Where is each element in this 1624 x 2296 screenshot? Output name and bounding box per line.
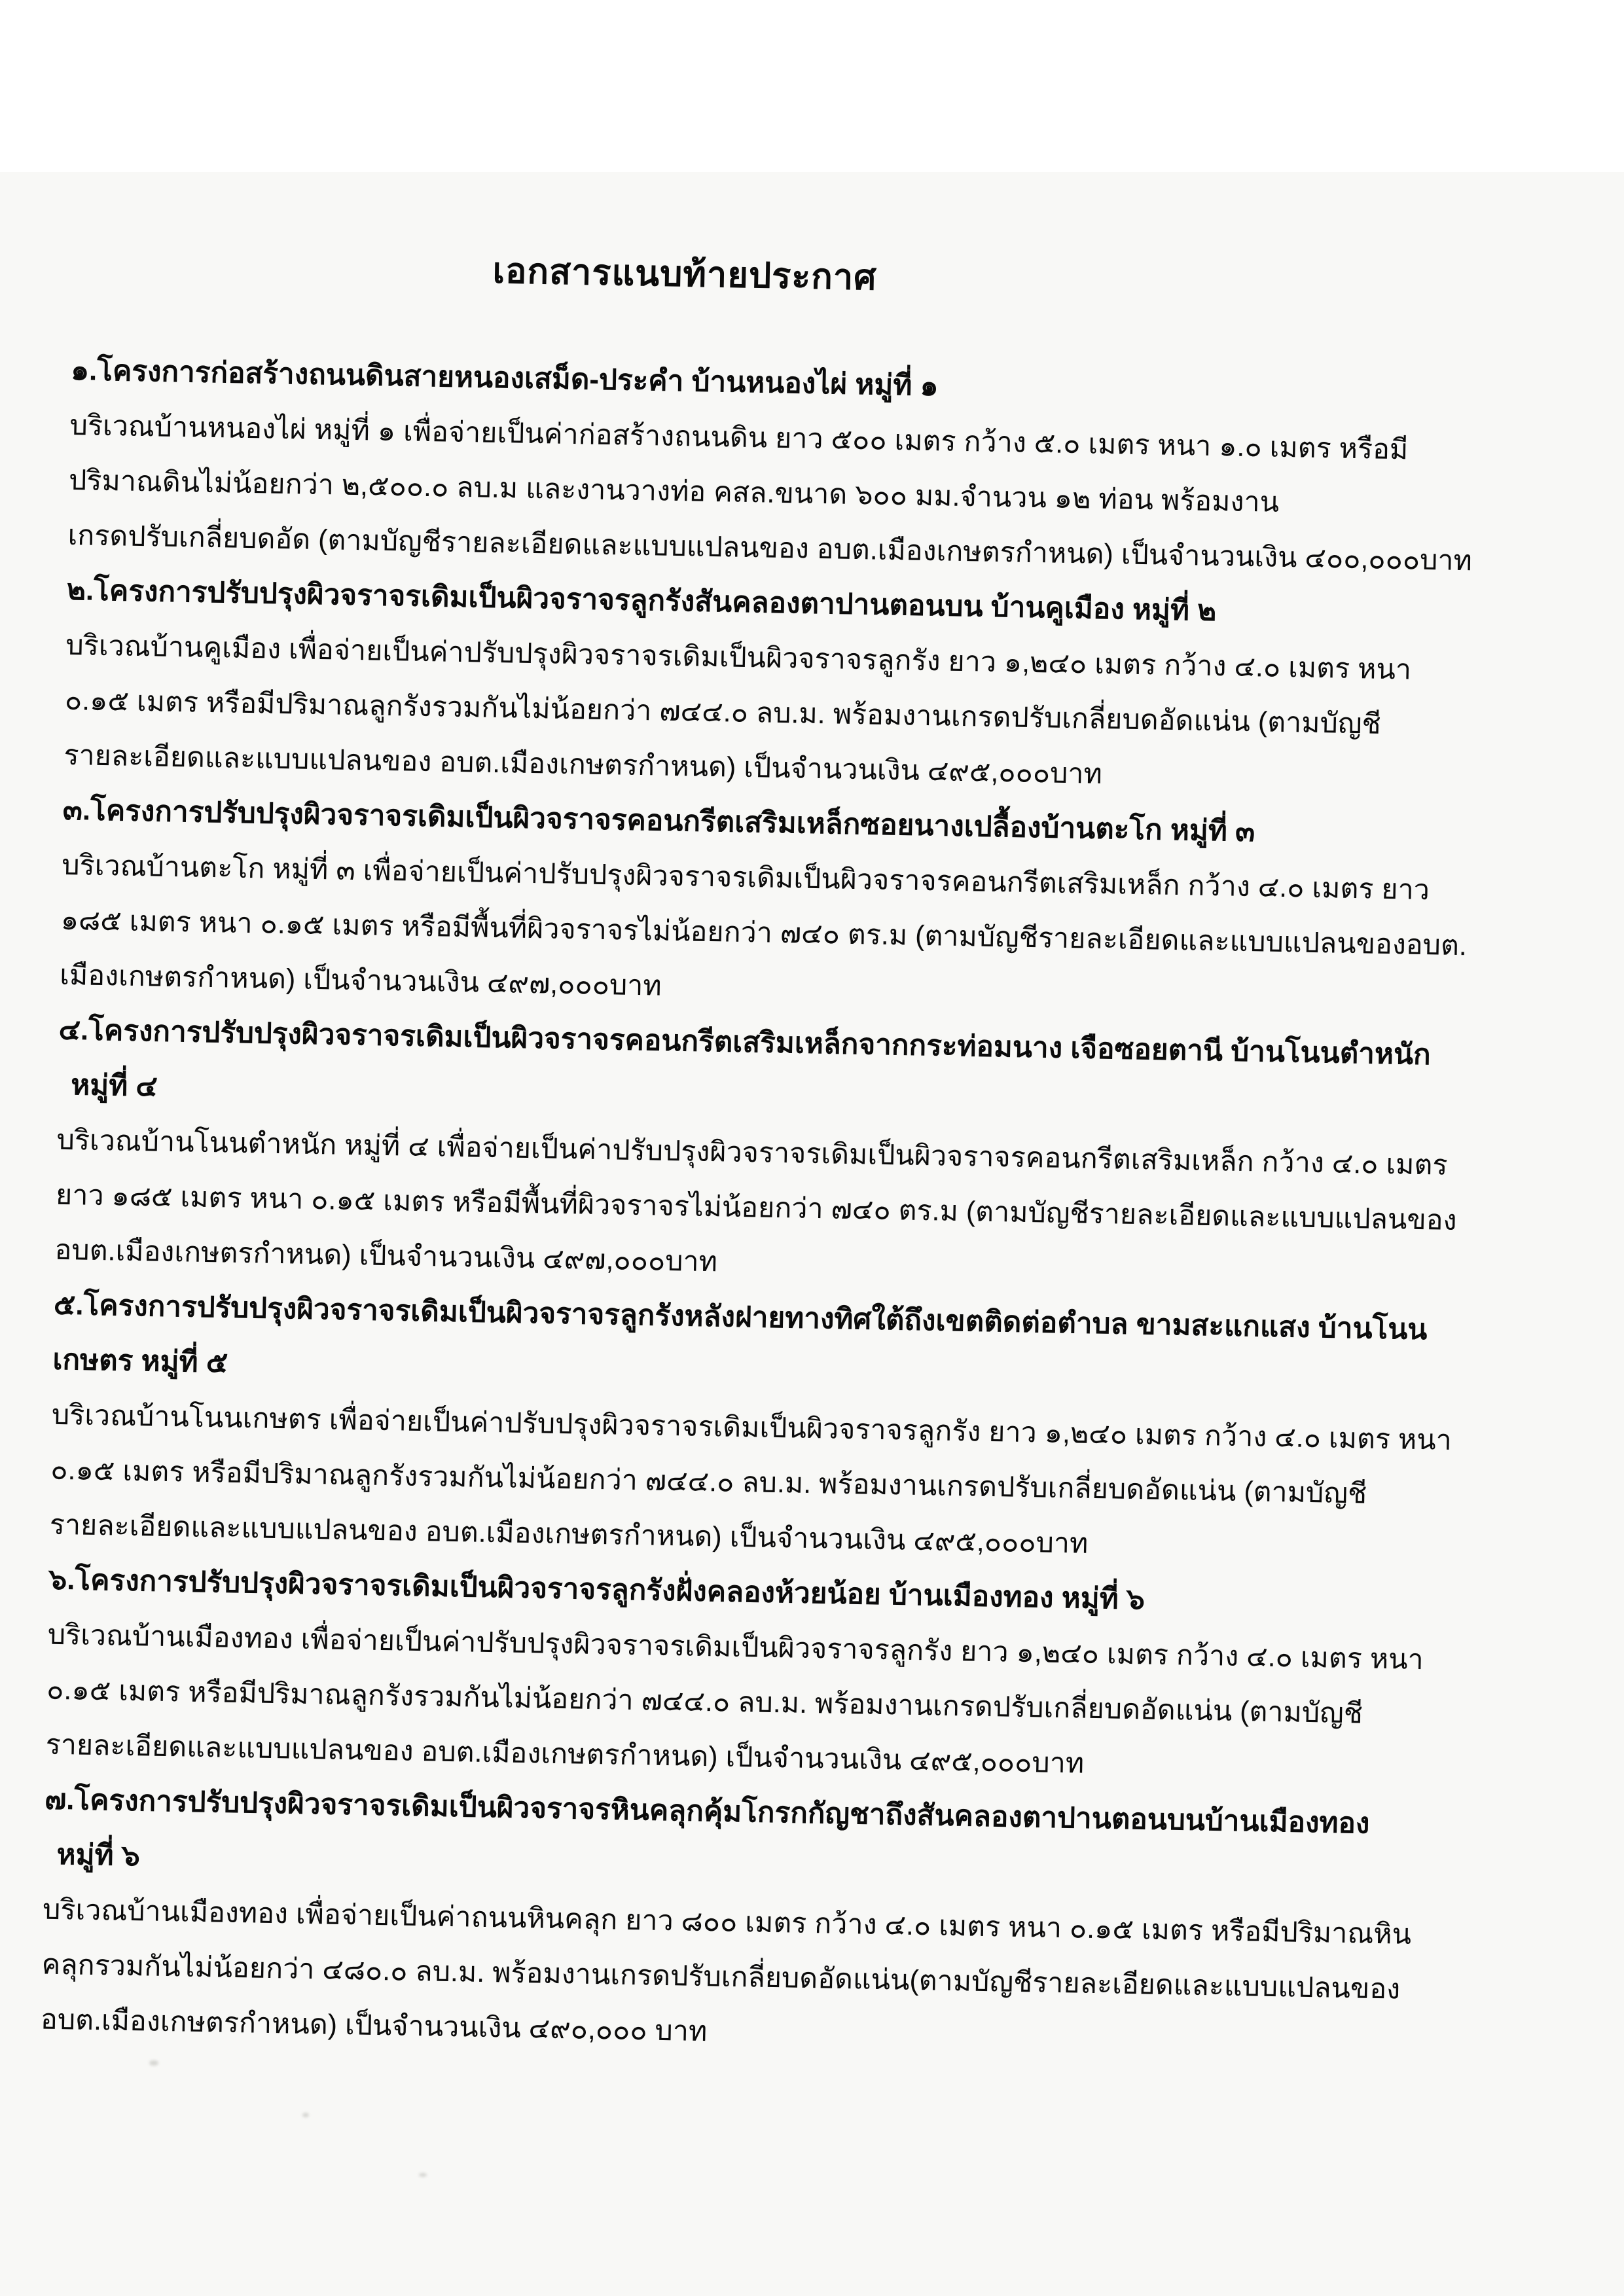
document-content: เอกสารแนบท้ายประกาศ ๑.โครงการก่อสร้างถนน… bbox=[40, 236, 1545, 2074]
project-section-5: ๕.โครงการปรับปรุงผิวจราจรเดิมเป็นผิวจราจ… bbox=[49, 1278, 1526, 1579]
project-section-3: ๓.โครงการปรับปรุงผิวจราจรเดิมเป็นผิวจราจ… bbox=[60, 783, 1536, 1030]
project-section-4: ๔.โครงการปรับปรุงผิวจราจรเดิมเป็นผิวจราจ… bbox=[54, 1003, 1532, 1304]
scan-speck bbox=[149, 2060, 158, 2066]
scanned-document-page: เอกสารแนบท้ายประกาศ ๑.โครงการก่อสร้างถนน… bbox=[0, 0, 1624, 2296]
project-section-1: ๑.โครงการก่อสร้างถนนดินสายหนองเสม็ด-ประค… bbox=[67, 343, 1544, 590]
project-section-6: ๖.โครงการปรับปรุงผิวจราจรเดิมเป็นผิวจราจ… bbox=[45, 1552, 1522, 1799]
project-section-2: ๒.โครงการปรับปรุงผิวจราจรเดิมเป็นผิวจราจ… bbox=[63, 563, 1540, 810]
project-section-7: ๗.โครงการปรับปรุงผิวจราจรเดิมเป็นผิวจราจ… bbox=[40, 1772, 1517, 2074]
scan-speck bbox=[419, 2173, 427, 2177]
scan-speck bbox=[302, 2113, 309, 2117]
